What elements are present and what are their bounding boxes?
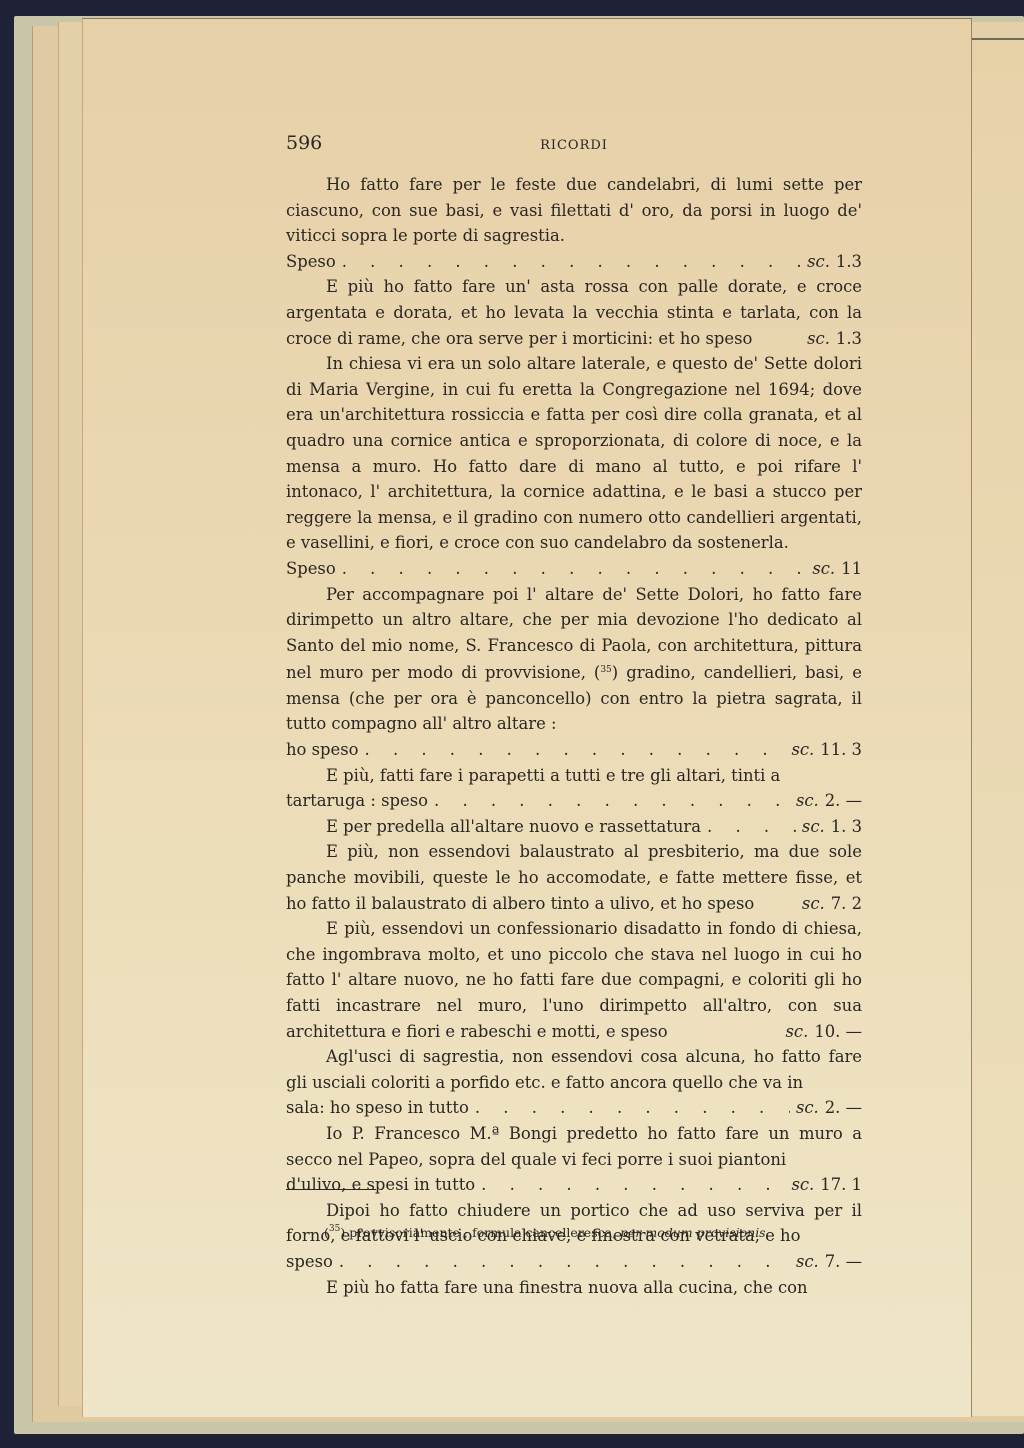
- paragraph-text: Ho fatto fare per le feste due candelabr…: [286, 175, 862, 245]
- lines: Ho fatto fare per le feste due candelabr…: [286, 172, 862, 1300]
- leader-dots: [365, 737, 786, 763]
- expense-amount: sc.7. 2: [802, 891, 862, 917]
- expense-line: ho spesosc.11. 3: [286, 737, 862, 763]
- leader-dots: [339, 1249, 790, 1275]
- expense-lead: Speso: [286, 249, 336, 275]
- leader-dots: [475, 1095, 790, 1121]
- paragraph-text: E più ho fatto fare un' asta rossa con p…: [286, 277, 862, 347]
- paragraph: E più ho fatta fare una finestra nuova a…: [286, 1275, 862, 1301]
- paragraph-text: Io P. Francesco M.ª Bongi predetto ho fa…: [286, 1124, 862, 1169]
- expense-line: spesosc.7. —: [286, 1249, 862, 1275]
- expense-amount: sc.11. 3: [791, 737, 862, 763]
- expense-line: sc.7. 2: [802, 891, 862, 917]
- paragraph-text: E più, fatti fare i parapetti a tutti e …: [326, 766, 780, 785]
- expense-line: sala: ho speso in tuttosc.2. —: [286, 1095, 862, 1121]
- expense-line: Spesosc.1.3: [286, 249, 862, 275]
- paragraph: E più, non essendovi balaustrato al pres…: [286, 839, 862, 916]
- expense-lead: d'ulivo, e spesi in tutto: [286, 1172, 475, 1198]
- paragraph: E più, fatti fare i parapetti a tutti e …: [286, 763, 862, 814]
- expense-amount: sc.1. 3: [802, 814, 862, 840]
- expense-lead: tartaruga : speso: [286, 788, 428, 814]
- expense-line: E per predella all'altare nuovo e rasset…: [286, 814, 862, 840]
- page-header: 596 RICORDI: [286, 130, 862, 170]
- expense-line: d'ulivo, e spesi in tuttosc.17. 1: [286, 1172, 862, 1198]
- paragraph: E per predella all'altare nuovo e rasset…: [286, 814, 862, 840]
- expense-line: Spesosc.11: [286, 556, 862, 582]
- expense-lead: ho speso: [286, 737, 359, 763]
- page-lines: Ho fatto fare per le feste due candelabr…: [286, 172, 862, 1300]
- paragraph: Io P. Francesco M.ª Bongi predetto ho fa…: [286, 1121, 862, 1198]
- expense-amount: sc.2. —: [796, 1095, 862, 1121]
- paragraph: In chiesa vi era un solo altare laterale…: [286, 351, 862, 581]
- paragraph-text: E più, essendovi un confessionario disad…: [286, 919, 862, 1040]
- footnote-divider: [286, 1189, 376, 1190]
- expense-lead: E per predella all'altare nuovo e rasset…: [286, 814, 701, 840]
- expense-line: sc.1.3: [807, 326, 862, 352]
- running-title: RICORDI: [286, 138, 862, 153]
- expense-amount: sc.17. 1: [791, 1172, 862, 1198]
- expense-line: tartaruga : spesosc.2. —: [286, 788, 862, 814]
- expense-lead: Speso: [286, 556, 336, 582]
- leader-dots: [434, 788, 790, 814]
- leader-dots: [707, 814, 796, 840]
- expense-amount: sc.11: [812, 556, 862, 582]
- expense-line: sc.10. —: [786, 1019, 862, 1045]
- footnote-italic: per modum provisionis.: [620, 1225, 770, 1240]
- paragraph-text: E più, non essendovi balaustrato al pres…: [286, 842, 862, 912]
- expense-amount: sc.1.3: [807, 326, 862, 352]
- expense-amount: sc.7. —: [796, 1249, 862, 1275]
- footnote-ref: 35: [329, 1224, 340, 1234]
- leader-dots: [481, 1172, 785, 1198]
- leader-dots: [342, 249, 801, 275]
- paragraph: E più, essendovi un confessionario disad…: [286, 916, 862, 1044]
- expense-lead: sala: ho speso in tutto: [286, 1095, 469, 1121]
- paragraph-text: Agl'usci di sagrestia, non essendovi cos…: [286, 1047, 862, 1092]
- footnote: (35) provvisoriamente ; formula cancelle…: [324, 1224, 770, 1240]
- paragraph: Ho fatto fare per le feste due candelabr…: [286, 172, 862, 274]
- expense-amount: sc.10. —: [786, 1019, 862, 1045]
- paragraph: Per accompagnare poi l' altare de' Sette…: [286, 582, 862, 763]
- paragraph-text: E più ho fatta fare una finestra nuova a…: [326, 1278, 808, 1297]
- expense-amount: sc.2. —: [796, 788, 862, 814]
- paragraph-text: In chiesa vi era un solo altare laterale…: [286, 354, 862, 552]
- paragraph: E più ho fatto fare un' asta rossa con p…: [286, 274, 862, 351]
- footnote-text: provvisoriamente ; formula cancelleresca…: [349, 1225, 616, 1240]
- expense-amount: sc.1.3: [807, 249, 862, 275]
- paragraph: Agl'usci di sagrestia, non essendovi cos…: [286, 1044, 862, 1121]
- page-text: 596 RICORDI Ho fatto fare per le feste d…: [286, 130, 862, 170]
- footnote-ref: 35: [600, 665, 611, 675]
- leader-dots: [342, 556, 807, 582]
- expense-lead: speso: [286, 1249, 333, 1275]
- facing-page-edge: [971, 38, 1024, 1416]
